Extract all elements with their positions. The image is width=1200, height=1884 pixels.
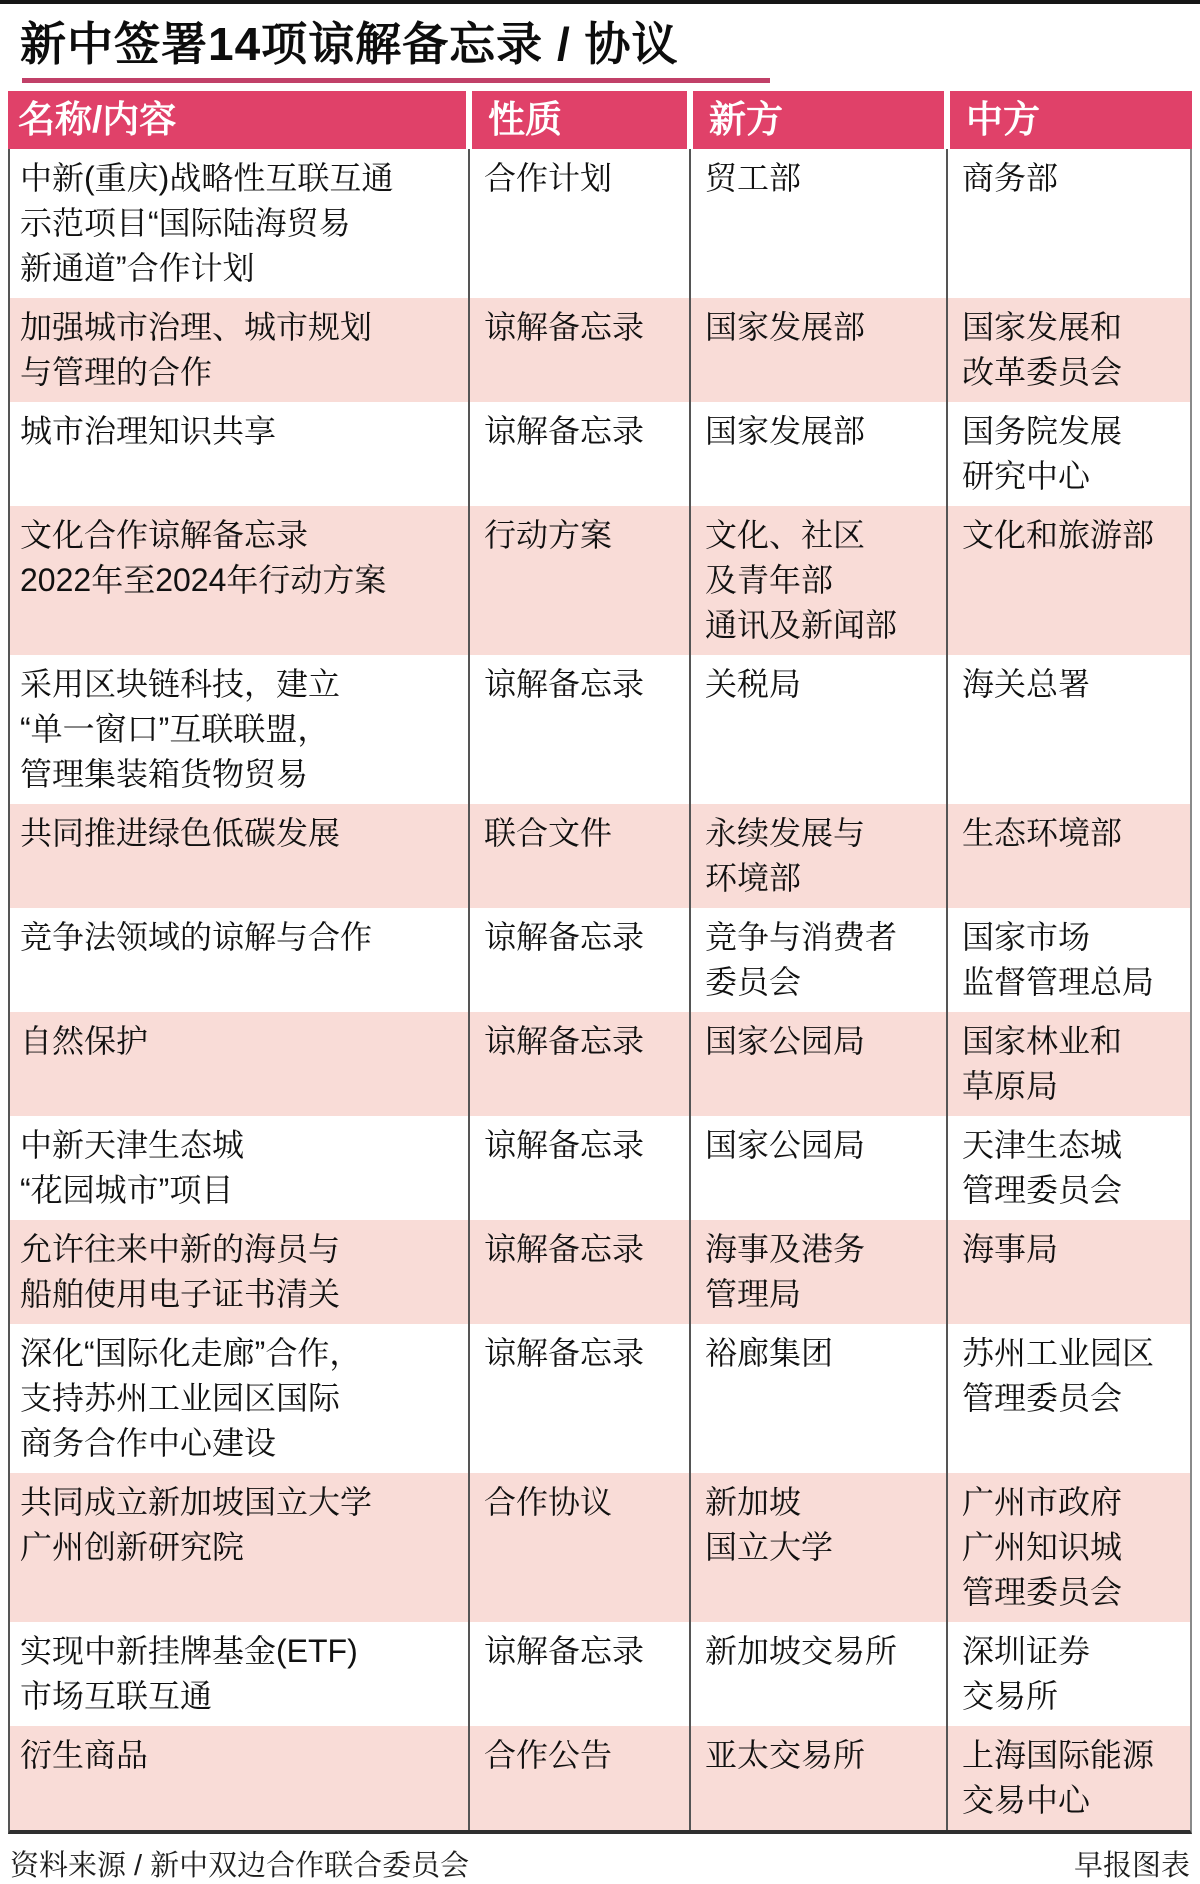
cell-sg-party: 永续发展与 环境部 <box>689 804 946 908</box>
cell-name: 共同成立新加坡国立大学 广州创新研究院 <box>10 1473 468 1622</box>
cell-name: 城市治理知识共享 <box>10 402 468 506</box>
cell-cn-party: 商务部 <box>946 149 1190 298</box>
top-rule <box>0 0 1200 4</box>
table-row-5: 采用区块链科技，建立 “单一窗口”互联联盟， 管理集装箱货物贸易 谅解备忘录 关… <box>10 655 1190 804</box>
cell-sg-party: 海事及港务 管理局 <box>689 1220 946 1324</box>
col-header-name: 名称/内容 <box>8 91 466 149</box>
cell-cn-party: 生态环境部 <box>946 804 1190 908</box>
table-row-14: 衍生商品 合作公告 亚太交易所 上海国际能源 交易中心 <box>10 1726 1190 1830</box>
cell-sg-party: 关税局 <box>689 655 946 804</box>
cell-name: 实现中新挂牌基金(ETF) 市场互联互通 <box>10 1622 468 1726</box>
cell-type: 谅解备忘录 <box>468 1220 689 1324</box>
cell-cn-party: 文化和旅游部 <box>946 506 1190 655</box>
cell-name: 允许往来中新的海员与 船舶使用电子证书清关 <box>10 1220 468 1324</box>
cell-sg-party: 亚太交易所 <box>689 1726 946 1830</box>
table-body: 中新(重庆)战略性互联互通 示范项目“国际陆海贸易 新通道”合作计划 合作计划 … <box>8 149 1192 1834</box>
cell-name: 加强城市治理、城市规划 与管理的合作 <box>10 298 468 402</box>
cell-name: 深化“国际化走廊”合作， 支持苏州工业园区国际 商务合作中心建设 <box>10 1324 468 1473</box>
cell-cn-party: 广州市政府 广州知识城 管理委员会 <box>946 1473 1190 1622</box>
cell-type: 合作公告 <box>468 1726 689 1830</box>
cell-sg-party: 文化、社区 及青年部 通讯及新闻部 <box>689 506 946 655</box>
cell-type: 谅解备忘录 <box>468 402 689 506</box>
cell-cn-party: 海关总署 <box>946 655 1190 804</box>
cell-sg-party: 竞争与消费者 委员会 <box>689 908 946 1012</box>
cell-cn-party: 国家市场 监督管理总局 <box>946 908 1190 1012</box>
footer: 资料来源 / 新中双边合作联合委员会 早报图表 <box>8 1843 1192 1884</box>
cell-name: 文化合作谅解备忘录 2022年至2024年行动方案 <box>10 506 468 655</box>
cell-cn-party: 国家林业和 草原局 <box>946 1012 1190 1116</box>
col-header-cn-party: 中方 <box>944 91 1188 149</box>
cell-name: 竞争法领域的谅解与合作 <box>10 908 468 1012</box>
cell-cn-party: 国家发展和 改革委员会 <box>946 298 1190 402</box>
cell-cn-party: 国务院发展 研究中心 <box>946 402 1190 506</box>
cell-sg-party: 国家发展部 <box>689 402 946 506</box>
table-row-8: 自然保护 谅解备忘录 国家公园局 国家林业和 草原局 <box>10 1012 1190 1116</box>
cell-name: 中新(重庆)战略性互联互通 示范项目“国际陆海贸易 新通道”合作计划 <box>10 149 468 298</box>
cell-sg-party: 新加坡交易所 <box>689 1622 946 1726</box>
table-row-13: 实现中新挂牌基金(ETF) 市场互联互通 谅解备忘录 新加坡交易所 深圳证券 交… <box>10 1622 1190 1726</box>
cell-cn-party: 苏州工业园区 管理委员会 <box>946 1324 1190 1473</box>
table-row-6: 共同推进绿色低碳发展 联合文件 永续发展与 环境部 生态环境部 <box>10 804 1190 908</box>
mou-table: 名称/内容 性质 新方 中方 中新(重庆)战略性互联互通 示范项目“国际陆海贸易… <box>8 91 1192 1834</box>
cell-sg-party: 国家发展部 <box>689 298 946 402</box>
table-row-1: 中新(重庆)战略性互联互通 示范项目“国际陆海贸易 新通道”合作计划 合作计划 … <box>10 149 1190 298</box>
table-row-12: 共同成立新加坡国立大学 广州创新研究院 合作协议 新加坡 国立大学 广州市政府 … <box>10 1473 1190 1622</box>
cell-type: 合作计划 <box>468 149 689 298</box>
table-header-row: 名称/内容 性质 新方 中方 <box>8 91 1192 149</box>
cell-name: 衍生商品 <box>10 1726 468 1830</box>
cell-type: 谅解备忘录 <box>468 655 689 804</box>
table-row-10: 允许往来中新的海员与 船舶使用电子证书清关 谅解备忘录 海事及港务 管理局 海事… <box>10 1220 1190 1324</box>
cell-name: 自然保护 <box>10 1012 468 1116</box>
cell-sg-party: 贸工部 <box>689 149 946 298</box>
cell-type: 谅解备忘录 <box>468 908 689 1012</box>
col-header-sg-party: 新方 <box>687 91 944 149</box>
cell-type: 联合文件 <box>468 804 689 908</box>
cell-sg-party: 裕廊集团 <box>689 1324 946 1473</box>
cell-type: 合作协议 <box>468 1473 689 1622</box>
cell-type: 谅解备忘录 <box>468 1116 689 1220</box>
page-title: 新中签署14项谅解备忘录 / 协议 <box>20 18 1192 71</box>
table-row-2: 加强城市治理、城市规划 与管理的合作 谅解备忘录 国家发展部 国家发展和 改革委… <box>10 298 1190 402</box>
cell-cn-party: 上海国际能源 交易中心 <box>946 1726 1190 1830</box>
table-row-7: 竞争法领域的谅解与合作 谅解备忘录 竞争与消费者 委员会 国家市场 监督管理总局 <box>10 908 1190 1012</box>
cell-type: 谅解备忘录 <box>468 298 689 402</box>
table-row-4: 文化合作谅解备忘录 2022年至2024年行动方案 行动方案 文化、社区 及青年… <box>10 506 1190 655</box>
cell-sg-party: 新加坡 国立大学 <box>689 1473 946 1622</box>
cell-sg-party: 国家公园局 <box>689 1012 946 1116</box>
cell-cn-party: 天津生态城 管理委员会 <box>946 1116 1190 1220</box>
cell-name: 中新天津生态城 “花园城市”项目 <box>10 1116 468 1220</box>
cell-type: 谅解备忘录 <box>468 1012 689 1116</box>
cell-cn-party: 深圳证券 交易所 <box>946 1622 1190 1726</box>
cell-type: 谅解备忘录 <box>468 1622 689 1726</box>
cell-name: 共同推进绿色低碳发展 <box>10 804 468 908</box>
table-row-3: 城市治理知识共享 谅解备忘录 国家发展部 国务院发展 研究中心 <box>10 402 1190 506</box>
cell-type: 谅解备忘录 <box>468 1324 689 1473</box>
cell-cn-party: 海事局 <box>946 1220 1190 1324</box>
title-underline <box>22 78 770 83</box>
cell-sg-party: 国家公园局 <box>689 1116 946 1220</box>
table-row-11: 深化“国际化走廊”合作， 支持苏州工业园区国际 商务合作中心建设 谅解备忘录 裕… <box>10 1324 1190 1473</box>
cell-type: 行动方案 <box>468 506 689 655</box>
table-row-9: 中新天津生态城 “花园城市”项目 谅解备忘录 国家公园局 天津生态城 管理委员会 <box>10 1116 1190 1220</box>
credit-note: 早报图表 <box>1074 1843 1190 1884</box>
col-header-type: 性质 <box>466 91 687 149</box>
source-note: 资料来源 / 新中双边合作联合委员会 <box>10 1843 469 1884</box>
cell-name: 采用区块链科技，建立 “单一窗口”互联联盟， 管理集装箱货物贸易 <box>10 655 468 804</box>
infographic: 新中签署14项谅解备忘录 / 协议 名称/内容 性质 新方 中方 中新(重庆)战… <box>0 18 1200 1884</box>
